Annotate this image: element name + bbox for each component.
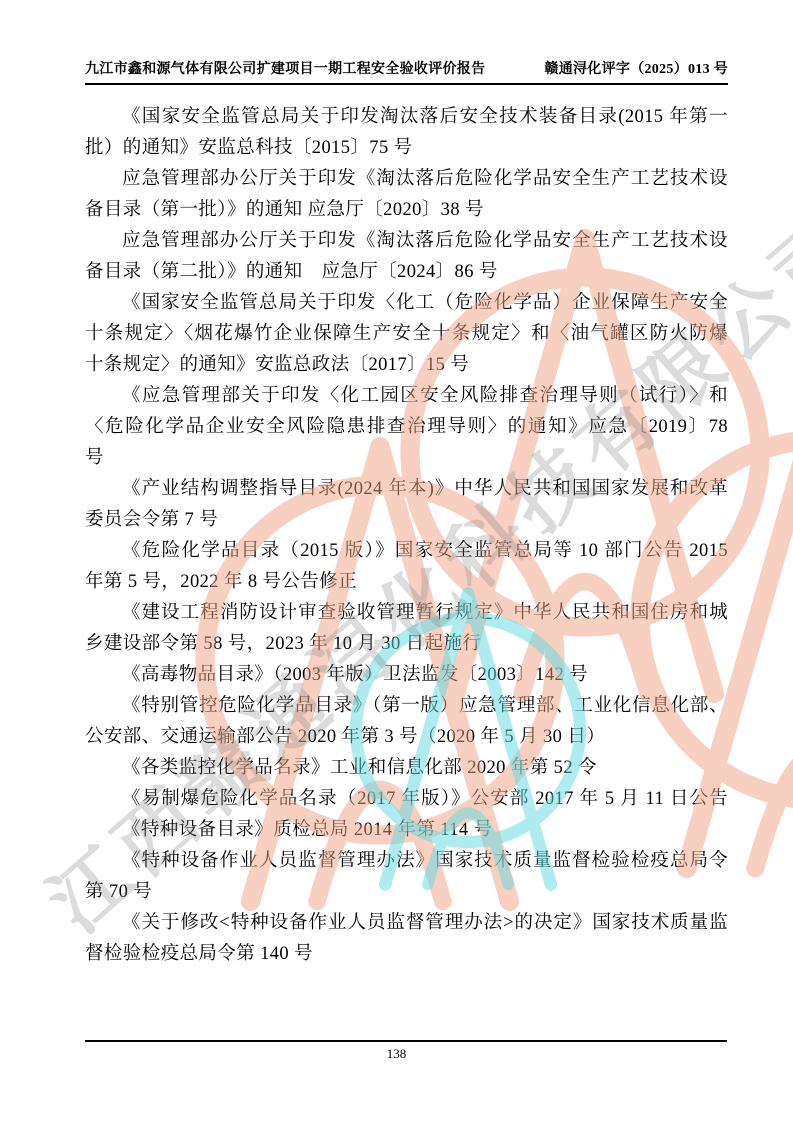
body-line: 委员会令第 7 号	[85, 505, 728, 536]
body-line: 年第 5 号，2022 年 8 号公告修正	[85, 567, 728, 598]
body-line: 《高毒物品目录》（2003 年版）卫法监发〔2003〕142 号	[85, 660, 728, 691]
page-number: 138	[0, 1046, 793, 1062]
document-page: 九江市鑫和源气体有限公司扩建项目一期工程安全验收评价报告 赣通浔化评字（2025…	[0, 0, 793, 1122]
body-line: 十条规定〉的通知》安监总政法〔2017〕15 号	[85, 350, 728, 381]
body-line: 《国家安全监管总局关于印发〈化工（危险化学品）企业保障生产安全	[85, 288, 728, 319]
header-report-title: 九江市鑫和源气体有限公司扩建项目一期工程安全验收评价报告	[85, 58, 485, 78]
body-line: 《特种设备目录》质检总局 2014 年第 114 号	[85, 815, 728, 846]
body-line: 《建设工程消防设计审查验收管理暂行规定》中华人民共和国住房和城	[85, 598, 728, 629]
body-line: 公安部、交通运输部公告 2020 年第 3 号（2020 年 5 月 30 日）	[85, 722, 728, 753]
body-line: 《关于修改<特种设备作业人员监督管理办法>的决定》国家技术质量监	[85, 908, 728, 939]
body-line: 应急管理部办公厅关于印发《淘汰落后危险化学品安全生产工艺技术设	[85, 164, 728, 195]
body-line: 《特种设备作业人员监督管理办法》国家技术质量监督检验检疫总局令	[85, 846, 728, 877]
regulation-list: 《国家安全监管总局关于印发淘汰落后安全技术装备目录(2015 年第一 批）的通知…	[85, 102, 728, 970]
body-line: 《国家安全监管总局关于印发淘汰落后安全技术装备目录(2015 年第一	[85, 102, 728, 133]
body-line: 第 70 号	[85, 877, 728, 908]
body-line: 应急管理部办公厅关于印发《淘汰落后危险化学品安全生产工艺技术设	[85, 226, 728, 257]
body-line: 督检验检疫总局令第 140 号	[85, 939, 728, 970]
body-line: 《各类监控化学品名录》工业和信息化部 2020 年第 52 令	[85, 753, 728, 784]
body-line: 乡建设部令第 58 号，2023 年 10 月 30 日起施行	[85, 629, 728, 660]
body-line: 批）的通知》安监总科技〔2015〕75 号	[85, 133, 728, 164]
body-line: 号	[85, 443, 728, 474]
body-line: 《危险化学品目录（2015 版）》国家安全监管总局等 10 部门公告 2015	[85, 536, 728, 567]
page-header: 九江市鑫和源气体有限公司扩建项目一期工程安全验收评价报告 赣通浔化评字（2025…	[85, 58, 728, 85]
body-line: 《特别管控危险化学品目录》（第一版）应急管理部、工业化信息化部、	[85, 691, 728, 722]
body-line: 《应急管理部关于印发〈化工园区安全风险排查治理导则（试行）〉和	[85, 381, 728, 412]
body-line: 十条规定〉〈烟花爆竹企业保障生产安全十条规定〉和〈油气罐区防火防爆	[85, 319, 728, 350]
body-line: 备目录（第二批）》的通知 应急厅〔2024〕86 号	[85, 257, 728, 288]
body-line: 《易制爆危险化学品名录（2017 年版）》公安部 2017 年 5 月 11 日…	[85, 784, 728, 815]
header-doc-number: 赣通浔化评字（2025）013 号	[544, 58, 728, 78]
body-line: 〈危险化学品企业安全风险隐患排查治理导则〉的通知》应急〔2019〕78	[85, 412, 728, 443]
footer-rule	[85, 1040, 727, 1042]
body-line: 《产业结构调整指导目录(2024 年本)》中华人民共和国国家发展和改革	[85, 474, 728, 505]
body-line: 备目录（第一批）》的通知 应急厅〔2020〕38 号	[85, 195, 728, 226]
